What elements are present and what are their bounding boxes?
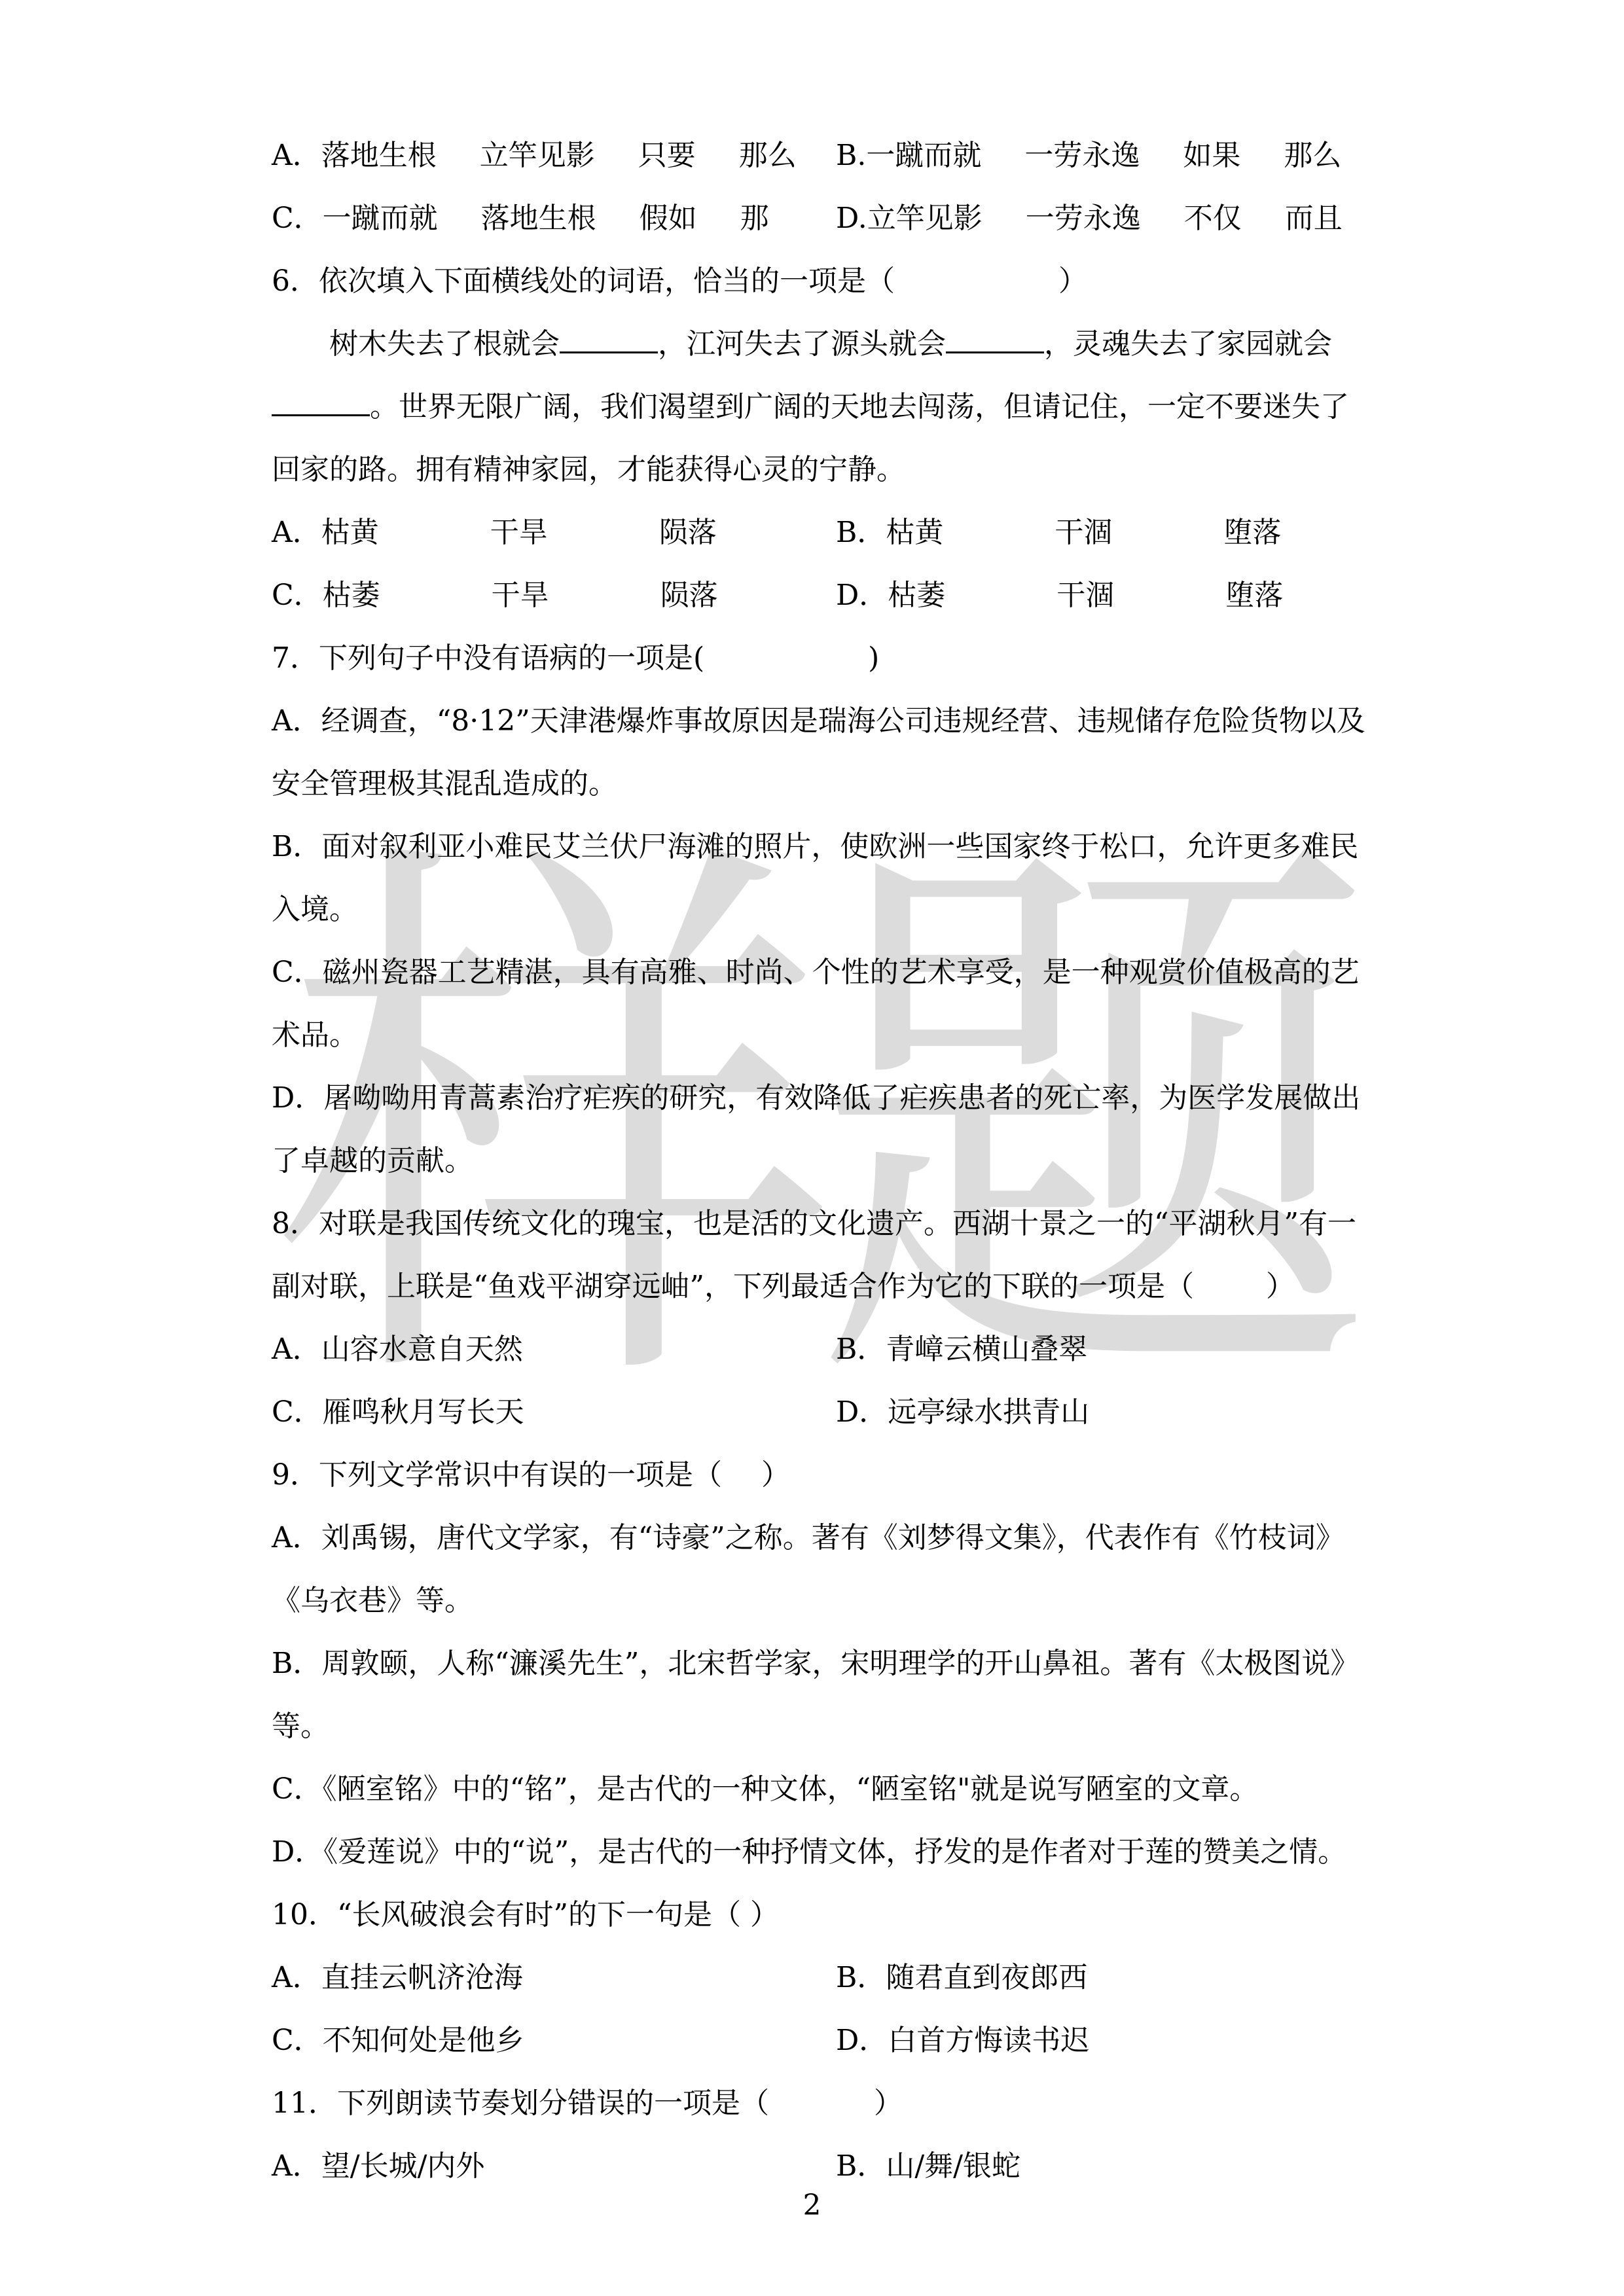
q8-option-b[interactable]: B．青嶂云横山叠翠: [836, 1330, 1087, 1369]
option-word: 枯黄: [886, 516, 943, 549]
q7-option-b-line-1[interactable]: B．面对叙利亚小难民艾兰伏尸海滩的照片，使欧洲一些国家终于松口，允许更多难民: [272, 827, 1358, 867]
option-word: 假如: [640, 202, 697, 235]
fill-blank-1[interactable]: [560, 325, 658, 353]
q6-passage-line-1: 树木失去了根就会，江河失去了源头就会，灵魂失去了家园就会: [272, 325, 1332, 364]
q8-stem-line-1: 8．对联是我国传统文化的瑰宝，也是活的文化遗产。西湖十景之一的“平湖秋月”有一: [272, 1204, 1356, 1244]
question-text: 9．下列文学常识中有误的一项是（: [272, 1458, 722, 1492]
question-text: 6．依次填入下面横线处的词语，恰当的一项是（: [272, 264, 895, 298]
q5-option-d[interactable]: D.立竿见影一劳永逸不仅而且: [836, 199, 1343, 238]
option-word: 那: [740, 202, 769, 235]
passage-text: 树木失去了根就会: [329, 327, 560, 361]
q6-option-d[interactable]: D．枯萎干涸堕落: [836, 576, 1283, 615]
q6-stem: 6．依次填入下面横线处的词语，恰当的一项是（）: [272, 262, 1087, 301]
option-word: 如果: [1183, 139, 1240, 172]
q6-passage-line-3: 回家的路。拥有精神家园，才能获得心灵的宁静。: [272, 450, 905, 490]
paren-close: ）: [874, 2087, 903, 2120]
option-word: 不仅: [1184, 202, 1242, 235]
q10-option-a[interactable]: A．直挂云帆济沧海: [272, 1958, 523, 1998]
q5-option-a[interactable]: A．落地生根立竿见影只要那么: [272, 136, 797, 175]
question-text: 副对联，上联是“鱼戏平湖穿远岫”，下列最适合作为它的下联的一项是（: [272, 1270, 1194, 1303]
option-word: 那么: [739, 139, 797, 172]
q7-option-a-line-1[interactable]: A．经调查，“8·12”天津港爆炸事故原因是瑞海公司违规经营、违规储存危险货物以…: [272, 702, 1365, 741]
q7-option-b-line-2: 入境。: [272, 890, 358, 929]
fill-blank-3[interactable]: [272, 388, 370, 416]
option-label: C．: [272, 202, 323, 235]
option-word: 立竿见影: [480, 139, 595, 172]
option-word: 堕落: [1225, 579, 1283, 612]
option-label: B.: [836, 139, 866, 172]
question-text: 11．下列朗读节奏划分错误的一项是（: [272, 2087, 769, 2120]
q8-option-c[interactable]: C．雁鸣秋月写长天: [272, 1393, 524, 1432]
q9-option-d[interactable]: D．《爱莲说》中的“说”，是古代的一种抒情文体，抒发的是作者对于莲的赞美之情。: [272, 1833, 1346, 1872]
option-word: 而且: [1285, 202, 1343, 235]
option-word: 一蹴而就: [323, 202, 438, 235]
q8-option-d[interactable]: D．远亭绿水拱青山: [836, 1393, 1089, 1432]
q9-option-c[interactable]: C．《陋室铭》中的“铭”，是古代的一种文体，“陋室铭"就是说写陋室的文章。: [272, 1770, 1258, 1809]
option-word: 一劳永逸: [1026, 202, 1141, 235]
q9-option-b-line-1[interactable]: B．周敦颐，人称“濂溪先生”，北宋哲学家，宋明理学的开山鼻祖。著有《太极图说》: [272, 1644, 1359, 1683]
q9-option-a-line-1[interactable]: A．刘禹锡，唐代文学家，有“诗豪”之称。著有《刘梦得文集》，代表作有《竹枝词》: [272, 1518, 1344, 1558]
passage-text: ，江河失去了源头就会: [658, 327, 946, 361]
option-word: 枯萎: [888, 579, 945, 612]
q9-option-b-line-2: 等。: [272, 1707, 329, 1746]
q7-option-d-line-2: 了卓越的贡献。: [272, 1141, 473, 1181]
option-word: 那么: [1284, 139, 1341, 172]
option-word: 干旱: [490, 516, 548, 549]
passage-text: ，灵魂失去了家园就会: [1044, 327, 1332, 361]
option-label: C．: [272, 579, 323, 612]
option-word: 一蹴而就: [866, 139, 981, 172]
q9-stem: 9．下列文学常识中有误的一项是（）: [272, 1456, 790, 1495]
q7-option-c-line-2: 术品。: [272, 1016, 358, 1055]
option-label: D．: [836, 579, 888, 612]
option-word: 枯萎: [323, 579, 380, 612]
q7-option-a-line-2: 安全管理极其混乱造成的。: [272, 764, 617, 804]
q6-option-c[interactable]: C．枯萎干旱陨落: [272, 576, 718, 615]
page-number: 2: [0, 2186, 1624, 2225]
option-word: 只要: [638, 139, 696, 172]
option-word: 立竿见影: [867, 202, 983, 235]
paren-close: ）: [761, 1458, 790, 1492]
q7-option-d-line-1[interactable]: D．屠呦呦用青蒿素治疗疟疾的研究，有效降低了疟疾患者的死亡率，为医学发展做出: [272, 1079, 1360, 1118]
option-label: A．: [272, 139, 321, 172]
q6-option-a[interactable]: A．枯黄干旱陨落: [272, 513, 717, 552]
q5-option-c[interactable]: C．一蹴而就落地生根假如那: [272, 199, 769, 238]
question-text: 7．下列句子中没有语病的一项是(: [272, 641, 704, 675]
q6-passage-line-2: 。世界无限广阔，我们渴望到广阔的天地去闯荡，但请记住，一定不要迷失了: [272, 387, 1349, 427]
q7-stem: 7．下列句子中没有语病的一项是(): [272, 639, 879, 678]
option-word: 枯黄: [321, 516, 379, 549]
q5-option-b[interactable]: B.一蹴而就一劳永逸如果那么: [836, 136, 1341, 175]
q11-stem: 11．下列朗读节奏划分错误的一项是（）: [272, 2084, 903, 2123]
q10-option-c[interactable]: C．不知何处是他乡: [272, 2021, 524, 2060]
q6-option-b[interactable]: B．枯黄干涸堕落: [836, 513, 1281, 552]
option-word: 落地生根: [321, 139, 437, 172]
option-label: B．: [836, 516, 886, 549]
q10-option-d[interactable]: D．白首方悔读书迟: [836, 2021, 1089, 2060]
option-word: 干涸: [1056, 579, 1114, 612]
q7-option-c-line-1[interactable]: C．磁州瓷器工艺精湛，具有高雅、时尚、个性的艺术享受，是一种观赏价值极高的艺: [272, 953, 1360, 992]
option-word: 干涸: [1055, 516, 1112, 549]
q10-option-b[interactable]: B．随君直到夜郎西: [836, 1958, 1087, 1998]
option-word: 落地生根: [481, 202, 596, 235]
paren-close: ）: [1266, 1270, 1295, 1303]
option-word: 一劳永逸: [1024, 139, 1140, 172]
option-label: A．: [272, 516, 321, 549]
fill-blank-2[interactable]: [946, 325, 1044, 353]
option-word: 陨落: [660, 579, 718, 612]
q9-option-a-line-2: 《乌衣巷》等。: [272, 1581, 473, 1621]
q8-stem-line-2: 副对联，上联是“鱼戏平湖穿远岫”，下列最适合作为它的下联的一项是（）: [272, 1267, 1295, 1306]
option-word: 陨落: [659, 516, 717, 549]
option-label: D.: [836, 202, 867, 235]
q11-option-b[interactable]: B．山/舞/银蛇: [836, 2147, 1020, 2186]
q8-option-a[interactable]: A．山容水意自天然: [272, 1330, 523, 1369]
q10-stem: 10．“长风破浪会有时”的下一句是（ ）: [272, 1895, 779, 1935]
paren-close: ): [868, 641, 879, 675]
option-word: 堕落: [1223, 516, 1281, 549]
q11-option-a[interactable]: A．望/长城/内外: [272, 2147, 484, 2186]
paren-close: ）: [1058, 264, 1087, 298]
option-word: 干旱: [492, 579, 549, 612]
passage-text: 。世界无限广阔，我们渴望到广阔的天地去闯荡，但请记住，一定不要迷失了: [370, 390, 1349, 423]
